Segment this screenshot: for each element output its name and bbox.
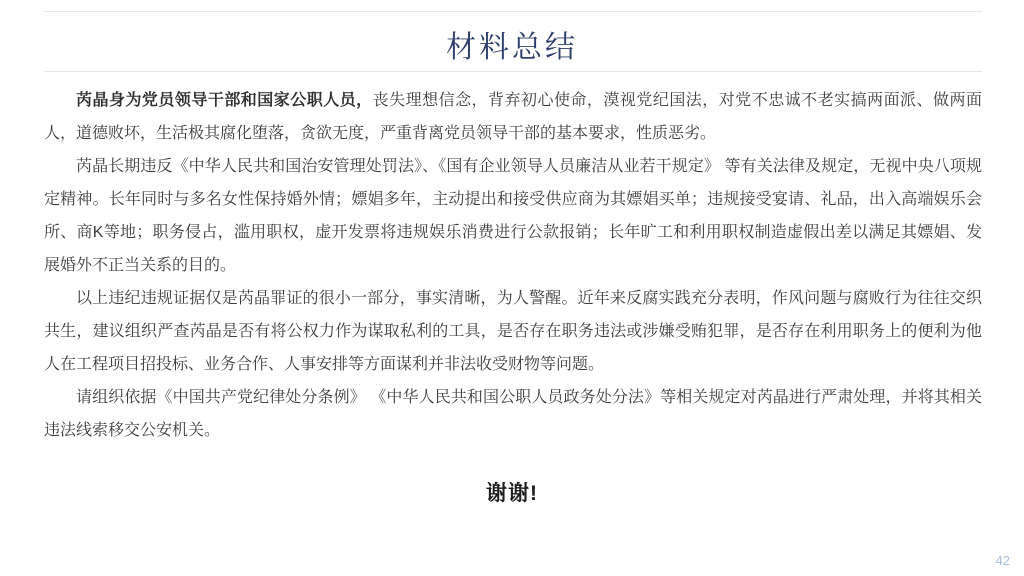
thanks-text: 谢谢! <box>0 477 1024 507</box>
paragraph-1: 芮晶身为党员领导干部和国家公职人员，丧失理想信念，背弃初心使命，漠视党纪国法，对… <box>44 84 982 150</box>
paragraph-3: 以上违纪违规证据仅是芮晶罪证的很小一部分，事实清晰，为人警醒。近年来反腐实践充分… <box>44 282 982 381</box>
slide-body: 芮晶身为党员领导干部和国家公职人员，丧失理想信念，背弃初心使命，漠视党纪国法，对… <box>44 84 982 447</box>
paragraph-1-bold-lead: 芮晶身为党员领导干部和国家公职人员， <box>76 92 373 109</box>
paragraph-3-text: 以上违纪违规证据仅是芮晶罪证的很小一部分，事实清晰，为人警醒。近年来反腐实践充分… <box>44 290 982 373</box>
top-divider-line <box>44 11 982 12</box>
paragraph-2: 芮晶长期违反《中华人民共和国治安管理处罚法》、《国有企业领导人员廉洁从业若干规定… <box>44 150 982 282</box>
page-number: 42 <box>996 553 1010 568</box>
slide-canvas: 材料总结 芮晶身为党员领导干部和国家公职人员，丧失理想信念，背弃初心使命，漠视党… <box>0 0 1024 576</box>
paragraph-2-text: 芮晶长期违反《中华人民共和国治安管理处罚法》、《国有企业领导人员廉洁从业若干规定… <box>44 158 982 274</box>
paragraph-4: 请组织依据《中国共产党纪律处分条例》 《中华人民共和国公职人员政务处分法》等相关… <box>44 381 982 447</box>
slide-title: 材料总结 <box>0 22 1024 66</box>
paragraph-4-text: 请组织依据《中国共产党纪律处分条例》 《中华人民共和国公职人员政务处分法》等相关… <box>44 389 982 439</box>
title-divider-line <box>44 71 982 72</box>
